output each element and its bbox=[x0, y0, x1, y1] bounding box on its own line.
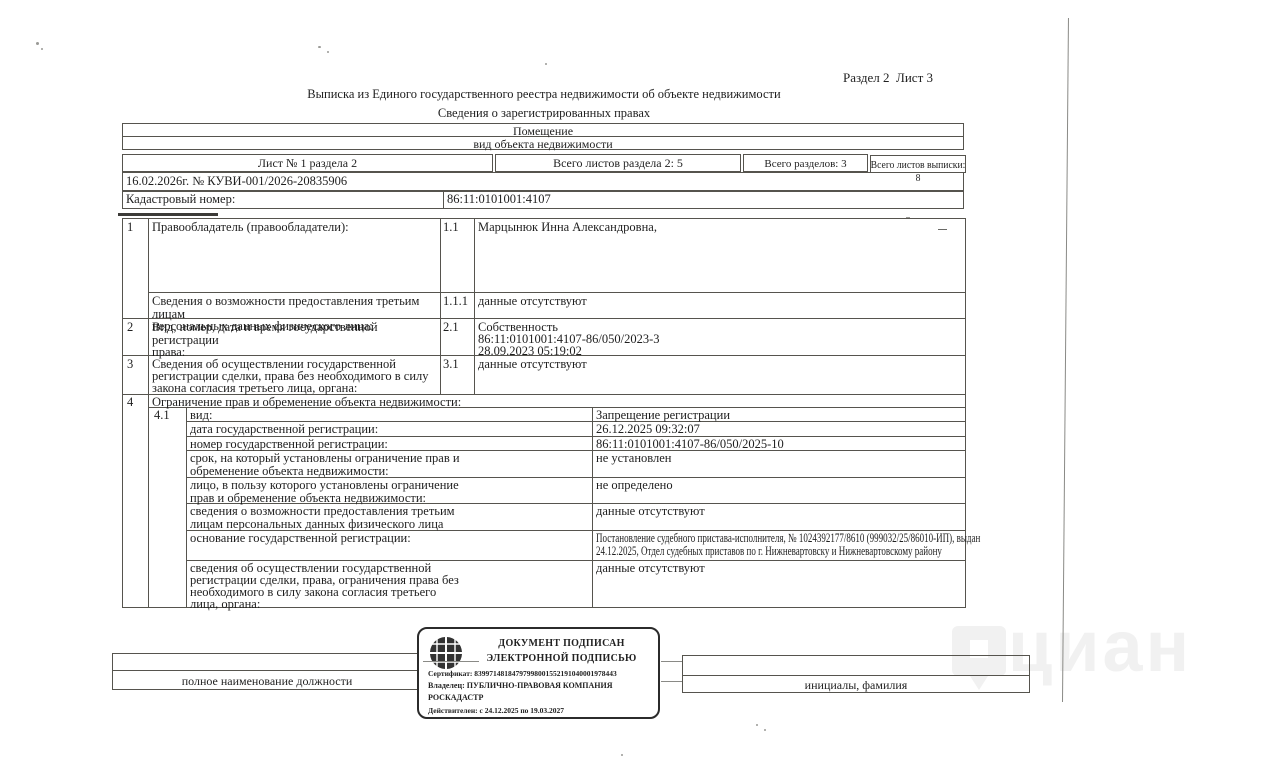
grid-line bbox=[592, 407, 593, 608]
sheet-cell-1-label: Лист № 1 раздела 2 bbox=[122, 157, 493, 170]
signature-middle-line bbox=[661, 661, 682, 662]
scanned-document-page: { "document": { "page_marker": "Раздел 2… bbox=[0, 0, 1280, 777]
row-number: 3 bbox=[127, 358, 133, 371]
stamp-title-line2: ЭЛЕКТРОННОЙ ПОДПИСЬЮ bbox=[469, 653, 654, 666]
scan-line-vertical bbox=[1062, 18, 1069, 702]
scan-speck bbox=[318, 46, 321, 48]
sheet-cell-2-label: Всего листов раздела 2: 5 bbox=[495, 157, 741, 170]
scan-speck bbox=[36, 42, 39, 45]
row-label: Сведения об осуществлении государственно… bbox=[152, 358, 442, 394]
restriction-item-value: 26.12.2025 09:32:07 bbox=[596, 423, 962, 436]
restriction-item-label: номер государственной регистрации: bbox=[190, 438, 588, 451]
row-value: Собственность 86:11:0101001:4107-86/050/… bbox=[478, 321, 962, 357]
restriction-subnum: 4.1 bbox=[154, 409, 170, 422]
stamp-owner-line2: РОСКАДАСТР bbox=[428, 692, 656, 705]
grid-line bbox=[112, 670, 422, 671]
scan-speck bbox=[621, 754, 623, 756]
row-code: 1.1 bbox=[443, 221, 459, 234]
scan-speck bbox=[545, 63, 547, 65]
grid-line bbox=[474, 218, 475, 394]
object-type-value: Помещение bbox=[122, 125, 964, 138]
scan-speck bbox=[756, 724, 758, 726]
scan-smudge bbox=[118, 213, 218, 216]
signature-left-caption: полное наименование должности bbox=[112, 675, 422, 688]
cadastral-label: Кадастровый номер: bbox=[126, 193, 235, 206]
scan-speck bbox=[41, 48, 43, 50]
signature-middle-line bbox=[661, 681, 682, 682]
restriction-item-value: данные отсутствуют bbox=[596, 562, 962, 575]
grid-line bbox=[148, 218, 149, 608]
rights-table: 1 Правообладатель (правообладатели): 1.1… bbox=[122, 218, 966, 608]
restriction-header: Ограничение прав и обременение объекта н… bbox=[152, 396, 952, 409]
restriction-item-label: сведения об осуществлении государственно… bbox=[190, 562, 588, 610]
row-label: Правообладатель (правообладатели): bbox=[152, 221, 438, 234]
row-value: Марцынюк Инна Александровна, bbox=[478, 221, 962, 234]
restriction-item-label: дата государственной регистрации: bbox=[190, 423, 588, 436]
sheet-cell-3-label: Всего разделов: 3 bbox=[743, 158, 868, 171]
restriction-item-label: вид: bbox=[190, 409, 588, 422]
grid-line bbox=[186, 407, 187, 608]
object-type-caption: вид объекта недвижимости bbox=[122, 138, 964, 151]
restriction-item-label: основание государственной регистрации: bbox=[190, 532, 588, 545]
restriction-item-value: не установлен bbox=[596, 452, 962, 465]
row-number: 1 bbox=[127, 221, 133, 234]
row-code: 1.1.1 bbox=[443, 295, 468, 308]
restriction-item-label: сведения о возможности предоставления тр… bbox=[190, 505, 588, 530]
cadastral-number: 86:11:0101001:4107 bbox=[447, 193, 551, 206]
restriction-item-value: 86:11:0101001:4107-86/050/2025-10 bbox=[596, 438, 962, 451]
row-code: 2.1 bbox=[443, 321, 459, 334]
row-label: Вид, номер, дата и время государственной… bbox=[152, 321, 442, 359]
grid-line bbox=[682, 675, 1030, 676]
row-value: данные отсутствуют bbox=[478, 295, 962, 308]
restriction-item-value: данные отсутствуют bbox=[596, 505, 962, 518]
stamp-owner-line1: Владелец: ПУБЛИЧНО-ПРАВОВАЯ КОМПАНИЯ bbox=[428, 680, 656, 693]
request-line: 16.02.2026г. № КУВИ-001/2026-20835906 bbox=[126, 175, 347, 188]
restriction-item-value: Запрещение регистрации bbox=[596, 409, 962, 422]
stamp-certificate: Сертификат: 8399714818479799800155219104… bbox=[428, 668, 656, 681]
restriction-item-value: не определено bbox=[596, 479, 962, 492]
stamp-validity: Действителен: с 24.12.2025 по 19.03.2027 bbox=[428, 705, 656, 718]
roskadastr-logo-icon bbox=[428, 635, 464, 671]
doc-title: Выписка из Единого государственного реес… bbox=[122, 88, 966, 101]
stamp-title-line1: ДОКУМЕНТ ПОДПИСАН bbox=[469, 638, 654, 651]
row-number: 2 bbox=[127, 321, 133, 334]
signature-right-caption: инициалы, фамилия bbox=[682, 679, 1030, 692]
doc-subtitle: Сведения о зарегистрированных правах bbox=[122, 107, 966, 120]
row-number: 4 bbox=[127, 396, 133, 409]
row-code: 3.1 bbox=[443, 358, 459, 371]
scan-speck bbox=[764, 729, 766, 731]
restriction-item-label: срок, на который установлены ограничение… bbox=[190, 452, 588, 477]
grid-line bbox=[148, 292, 966, 293]
e-signature-stamp: ДОКУМЕНТ ПОДПИСАН ЭЛЕКТРОННОЙ ПОДПИСЬЮ С… bbox=[417, 627, 660, 719]
row-value: данные отсутствуют bbox=[478, 358, 962, 371]
restriction-item-value: Постановление судебного пристава-исполни… bbox=[596, 532, 980, 558]
cian-watermark-text: циан bbox=[1008, 606, 1192, 688]
restriction-item-label: лицо, в пользу которого установлены огра… bbox=[190, 479, 588, 504]
scan-speck bbox=[327, 51, 329, 53]
page-marker: Раздел 2 Лист 3 bbox=[843, 72, 933, 85]
grid-line bbox=[443, 191, 444, 209]
